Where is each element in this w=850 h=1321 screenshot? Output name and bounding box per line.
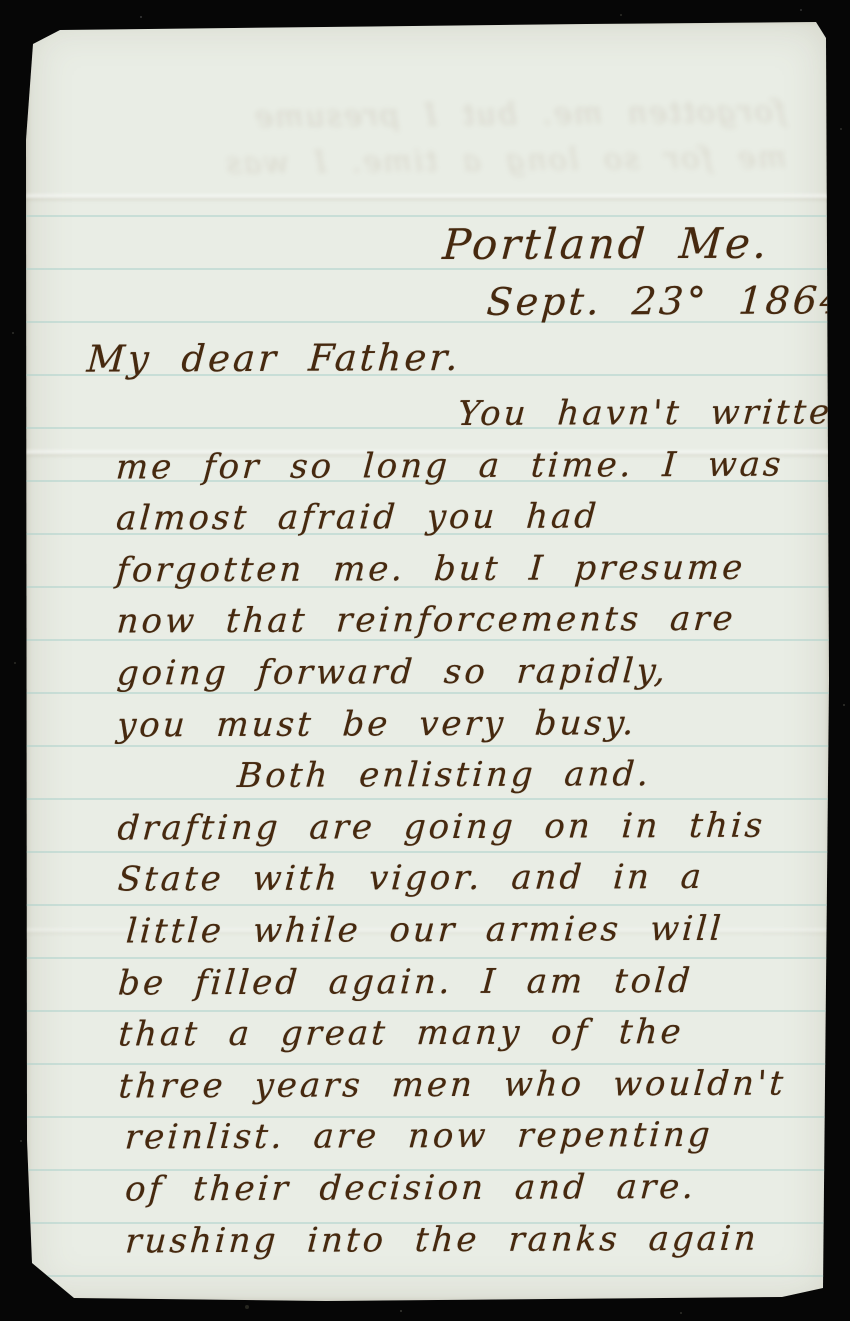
showthrough-line: forgotten me. but I presume [66,94,786,148]
manuscript-line: State with vigor. and in a [116,855,831,910]
manuscript-line: rushing into the ranks again [117,1216,832,1271]
dust-specks [0,0,2,2]
letter-date: Sept. 23° 1864. [485,278,850,324]
manuscript-line: three years men who wouldn't [117,1061,832,1116]
manuscript: Portland Me. Sept. 23° 1864. My dear Fat… [84,18,824,21]
manuscript-line: drafting are going on in this [116,803,831,858]
manuscript-line: forgotten me. but I presume [115,545,830,600]
manuscript-line: of their decision and are. [117,1164,832,1219]
manuscript-line: almost afraid you had [114,494,829,549]
manuscript-line: You havn't written [114,390,829,445]
manuscript-line: Both enlisting and. [115,752,830,807]
manuscript-line: reinlist. are now repenting [117,1113,832,1168]
manuscript-line: you must be very busy. [115,700,830,755]
manuscript-line: me for so long a time. I was [114,442,829,497]
manuscript-line: going forward so rapidly, [115,648,830,703]
letter-salutation: My dear Father. [86,336,463,381]
photograph-background: forgotten me. but I presume me for so lo… [0,0,850,1321]
fold-crease-top [26,192,830,202]
manuscript-line: that a great many of the [117,1009,832,1064]
ink-showthrough: forgotten me. but I presume me for so lo… [66,94,787,194]
manuscript-line: now that reinforcements are [115,597,830,652]
letter-paper: forgotten me. but I presume me for so lo… [26,20,830,1302]
letter-body: You havn't writtenme for so long a time.… [114,390,830,1270]
manuscript-line: little while our armies will [116,906,831,961]
manuscript-line: be filled again. I am told [116,958,831,1013]
showthrough-line: me for so long a time. I was [66,140,786,194]
letter-place: Portland Me. [441,219,771,269]
